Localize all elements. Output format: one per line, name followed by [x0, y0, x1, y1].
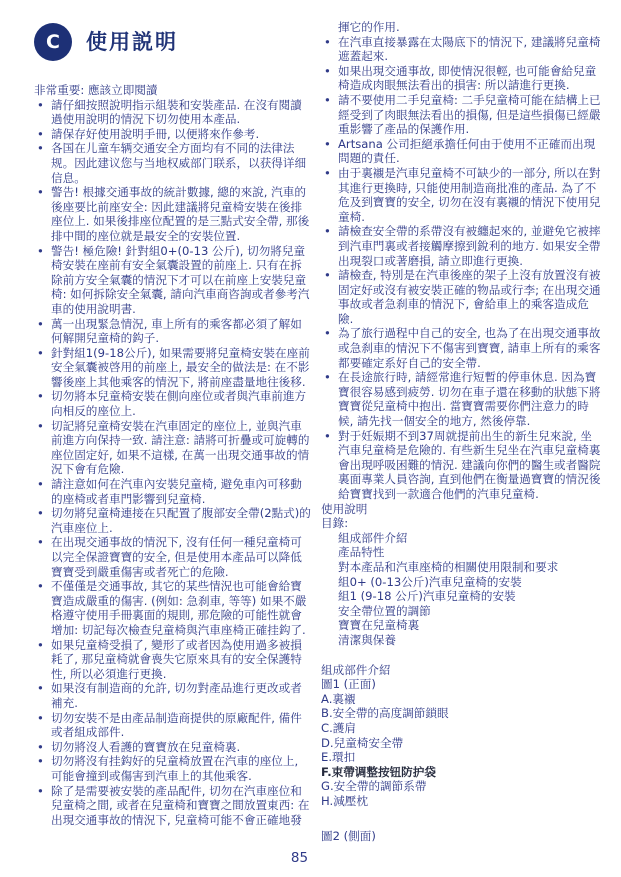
warning-item: 對于妊娠期不到37周就提前出生的新生兒來說, 坐汽車兒童椅是危險的. 有些新生兒… [321, 429, 603, 502]
warning-item: 針對組1(9-18公斤), 如果需要將兒童椅安裝在座前安全氣囊被啓用的前座上, … [34, 346, 312, 390]
toc-item: 組1 (9-18 公斤)汽車兒童椅的安裝 [321, 589, 603, 604]
warning-item: 請保存好使用說明手冊, 以便將來作參考. [34, 127, 312, 142]
part-item: H.減壓枕 [321, 794, 603, 809]
warning-item: 為了旅行過程中自己的安全, 也為了在出現交通事故或急刹車的情況下不傷害到寶寶, … [321, 326, 603, 370]
part-item: G.安全帶的調節系帶 [321, 779, 603, 794]
warning-item: 在汽車直接暴露在太陽底下的情況下, 建議將兒童椅遮蓋起來. [321, 35, 603, 64]
warning-item: 請檢查, 特別是在汽車後座的架子上沒有放置沒有被固定好或沒有被安裝正確的物品或行… [321, 268, 603, 326]
toc-heading: 目錄: [321, 516, 603, 531]
components-heading: 組成部件介紹 [321, 663, 603, 678]
page-header: C 使用説明 [34, 22, 312, 62]
manual-page: C 使用説明 非常重要: 應該立即閱讀 請仔細按照說明指示組裝和安裝產品. 在沒… [0, 0, 621, 877]
part-item: A.裏襯 [321, 692, 603, 707]
toc-item: 寶寶在兒童椅裏 [321, 618, 603, 633]
safety-warning-list-continued: 在汽車直接暴露在太陽底下的情況下, 建議將兒童椅遮蓋起來.如果出現交通事故, 即… [321, 35, 603, 502]
warning-item: 切記將兒童椅安裝在汽車固定的座位上, 並與汽車前進方向保持一致. 請注意: 請將… [34, 419, 312, 477]
part-item: E.環扣 [321, 750, 603, 765]
warning-item: 切勿將沒人看護的寶寶放在兒童椅裏. [34, 740, 312, 755]
right-column: 揮它的作用. 在汽車直接暴露在太陽底下的情況下, 建議將兒童椅遮蓋起來.如果出現… [321, 20, 603, 844]
usage-instructions-heading: 使用說明 [321, 502, 603, 517]
warning-item: 除了是需要被安裝的產品配件, 切勿在汽車座位和兒童椅之間, 或者在兒童椅和寶寶之… [34, 784, 312, 828]
figure1-label: 圖1 (正面) [321, 677, 603, 692]
warning-item: 切勿將沒有挂鈎好的兒童椅放置在汽車的座位上, 可能會撞到或傷害到汽車上的其他乘客… [34, 754, 312, 783]
section-letter: C [46, 35, 60, 50]
toc-item: 組0+ (0-13公斤)汽車兒童椅的安裝 [321, 575, 603, 590]
toc-item: 產品特性 [321, 545, 603, 560]
warning-item: 不僅僅是交通事故, 其它的某些情況也可能會給寶寶造成嚴重的傷害. (例如: 急刹… [34, 579, 312, 637]
page-number: 85 [0, 851, 599, 866]
warning-item: 警告! 根據交通事故的統計數據, 總的來說, 汽車的後座要比前座安全: 因此建議… [34, 185, 312, 243]
warning-item: 萬一出現緊急情況, 車上所有的乘客都必須了解如何解開兒童椅的鈎子. [34, 317, 312, 346]
section-badge: C [34, 23, 72, 61]
warning-item: 請仔細按照說明指示組裝和安裝產品. 在沒有閱讀過使用說明的情況下切勿使用本產品. [34, 98, 312, 127]
table-of-contents: 組成部件介紹產品特性對本產品和汽車座椅的相關使用限制和要求組0+ (0-13公斤… [321, 531, 603, 648]
toc-item: 對本產品和汽車座椅的相關使用限制和要求 [321, 560, 603, 575]
page-title: 使用説明 [86, 35, 178, 50]
warning-item: 如果兒童椅受損了, 變形了或者因為使用過多被損耗了, 那兒童椅就會喪失它原來具有… [34, 638, 312, 682]
safety-warning-list: 請仔細按照說明指示組裝和安裝產品. 在沒有閱讀過使用說明的情況下切勿使用本產品.… [34, 98, 312, 828]
warning-item: 如果出現交通事故, 即使情況很輕, 也可能會給兒童椅造成肉眼無法看出的損害: 所… [321, 64, 603, 93]
warning-item: 各国在儿童车辆交通安全方面均有不同的法律法规。因此建议您与当地权威部门联系，以获… [34, 141, 312, 185]
warning-item: 切勿將本兒童椅安裝在側向座位或者與汽車前進方向相反的座位上. [34, 389, 312, 418]
important-note: 非常重要: 應該立即閱讀 [34, 83, 312, 98]
continuation-text: 揮它的作用. [321, 20, 603, 35]
warning-item: 警告! 極危險! 針對組0+(0-13 公斤), 切勿將兒童椅安裝在座前有安全氣… [34, 244, 312, 317]
toc-item: 清潔與保養 [321, 633, 603, 648]
warning-item: 如果沒有制造商的允許, 切勿對產品進行更改或者補充. [34, 681, 312, 710]
warning-item: 切勿安裝不是由產品制造商提供的原廠配件, 備件或者組成部件. [34, 711, 312, 740]
part-item: D.兒童椅安全帶 [321, 736, 603, 751]
warning-item: Artsana 公司拒絕承擔任何由于使用不正確而出現問題的責任. [321, 137, 603, 166]
toc-item: 安全帶位置的調節 [321, 604, 603, 619]
part-item: B.安全帶的高度調節鎖眼 [321, 706, 603, 721]
figure2-label: 圖2 (側面) [321, 829, 603, 844]
warning-item: 由于裏襯是汽車兒童椅不可缺少的一部分, 所以在對其進行更換時, 只能使用制造商批… [321, 166, 603, 224]
figure1-parts-list: A.裏襯B.安全帶的高度調節鎖眼C.護肩D.兒童椅安全帶E.環扣F.束帶调整按钮… [321, 692, 603, 809]
part-item: F.束帶调整按钮防护袋 [321, 765, 603, 780]
left-column: C 使用説明 非常重要: 應該立即閱讀 請仔細按照說明指示組裝和安裝產品. 在沒… [34, 22, 312, 827]
warning-item: 切勿將兒童椅連接在只配置了腹部安全帶(2點式)的汽車座位上. [34, 506, 312, 535]
warning-item: 請不要使用二手兒童椅: 二手兒童椅可能在結構上已經受到了肉眼無法看出的損傷, 但… [321, 93, 603, 137]
warning-item: 請檢查安全帶的系帶沒有被纏起來的, 並避免它被摔到汽車門裏或者接觸摩擦到銳利的地… [321, 224, 603, 268]
warning-item: 在長途旅行時, 請經常進行短暫的停車休息. 因為寶寶很容易感到疲勞. 切勿在車子… [321, 370, 603, 428]
toc-item: 組成部件介紹 [321, 531, 603, 546]
part-item: C.護肩 [321, 721, 603, 736]
warning-item: 在出現交通事故的情況下, 沒有任何一種兒童椅可以完全保證寶寶的安全, 但是使用本… [34, 535, 312, 579]
warning-item: 請注意如何在汽車內安裝兒童椅, 避免車內可移動的座椅或者車門影響到兒童椅. [34, 477, 312, 506]
